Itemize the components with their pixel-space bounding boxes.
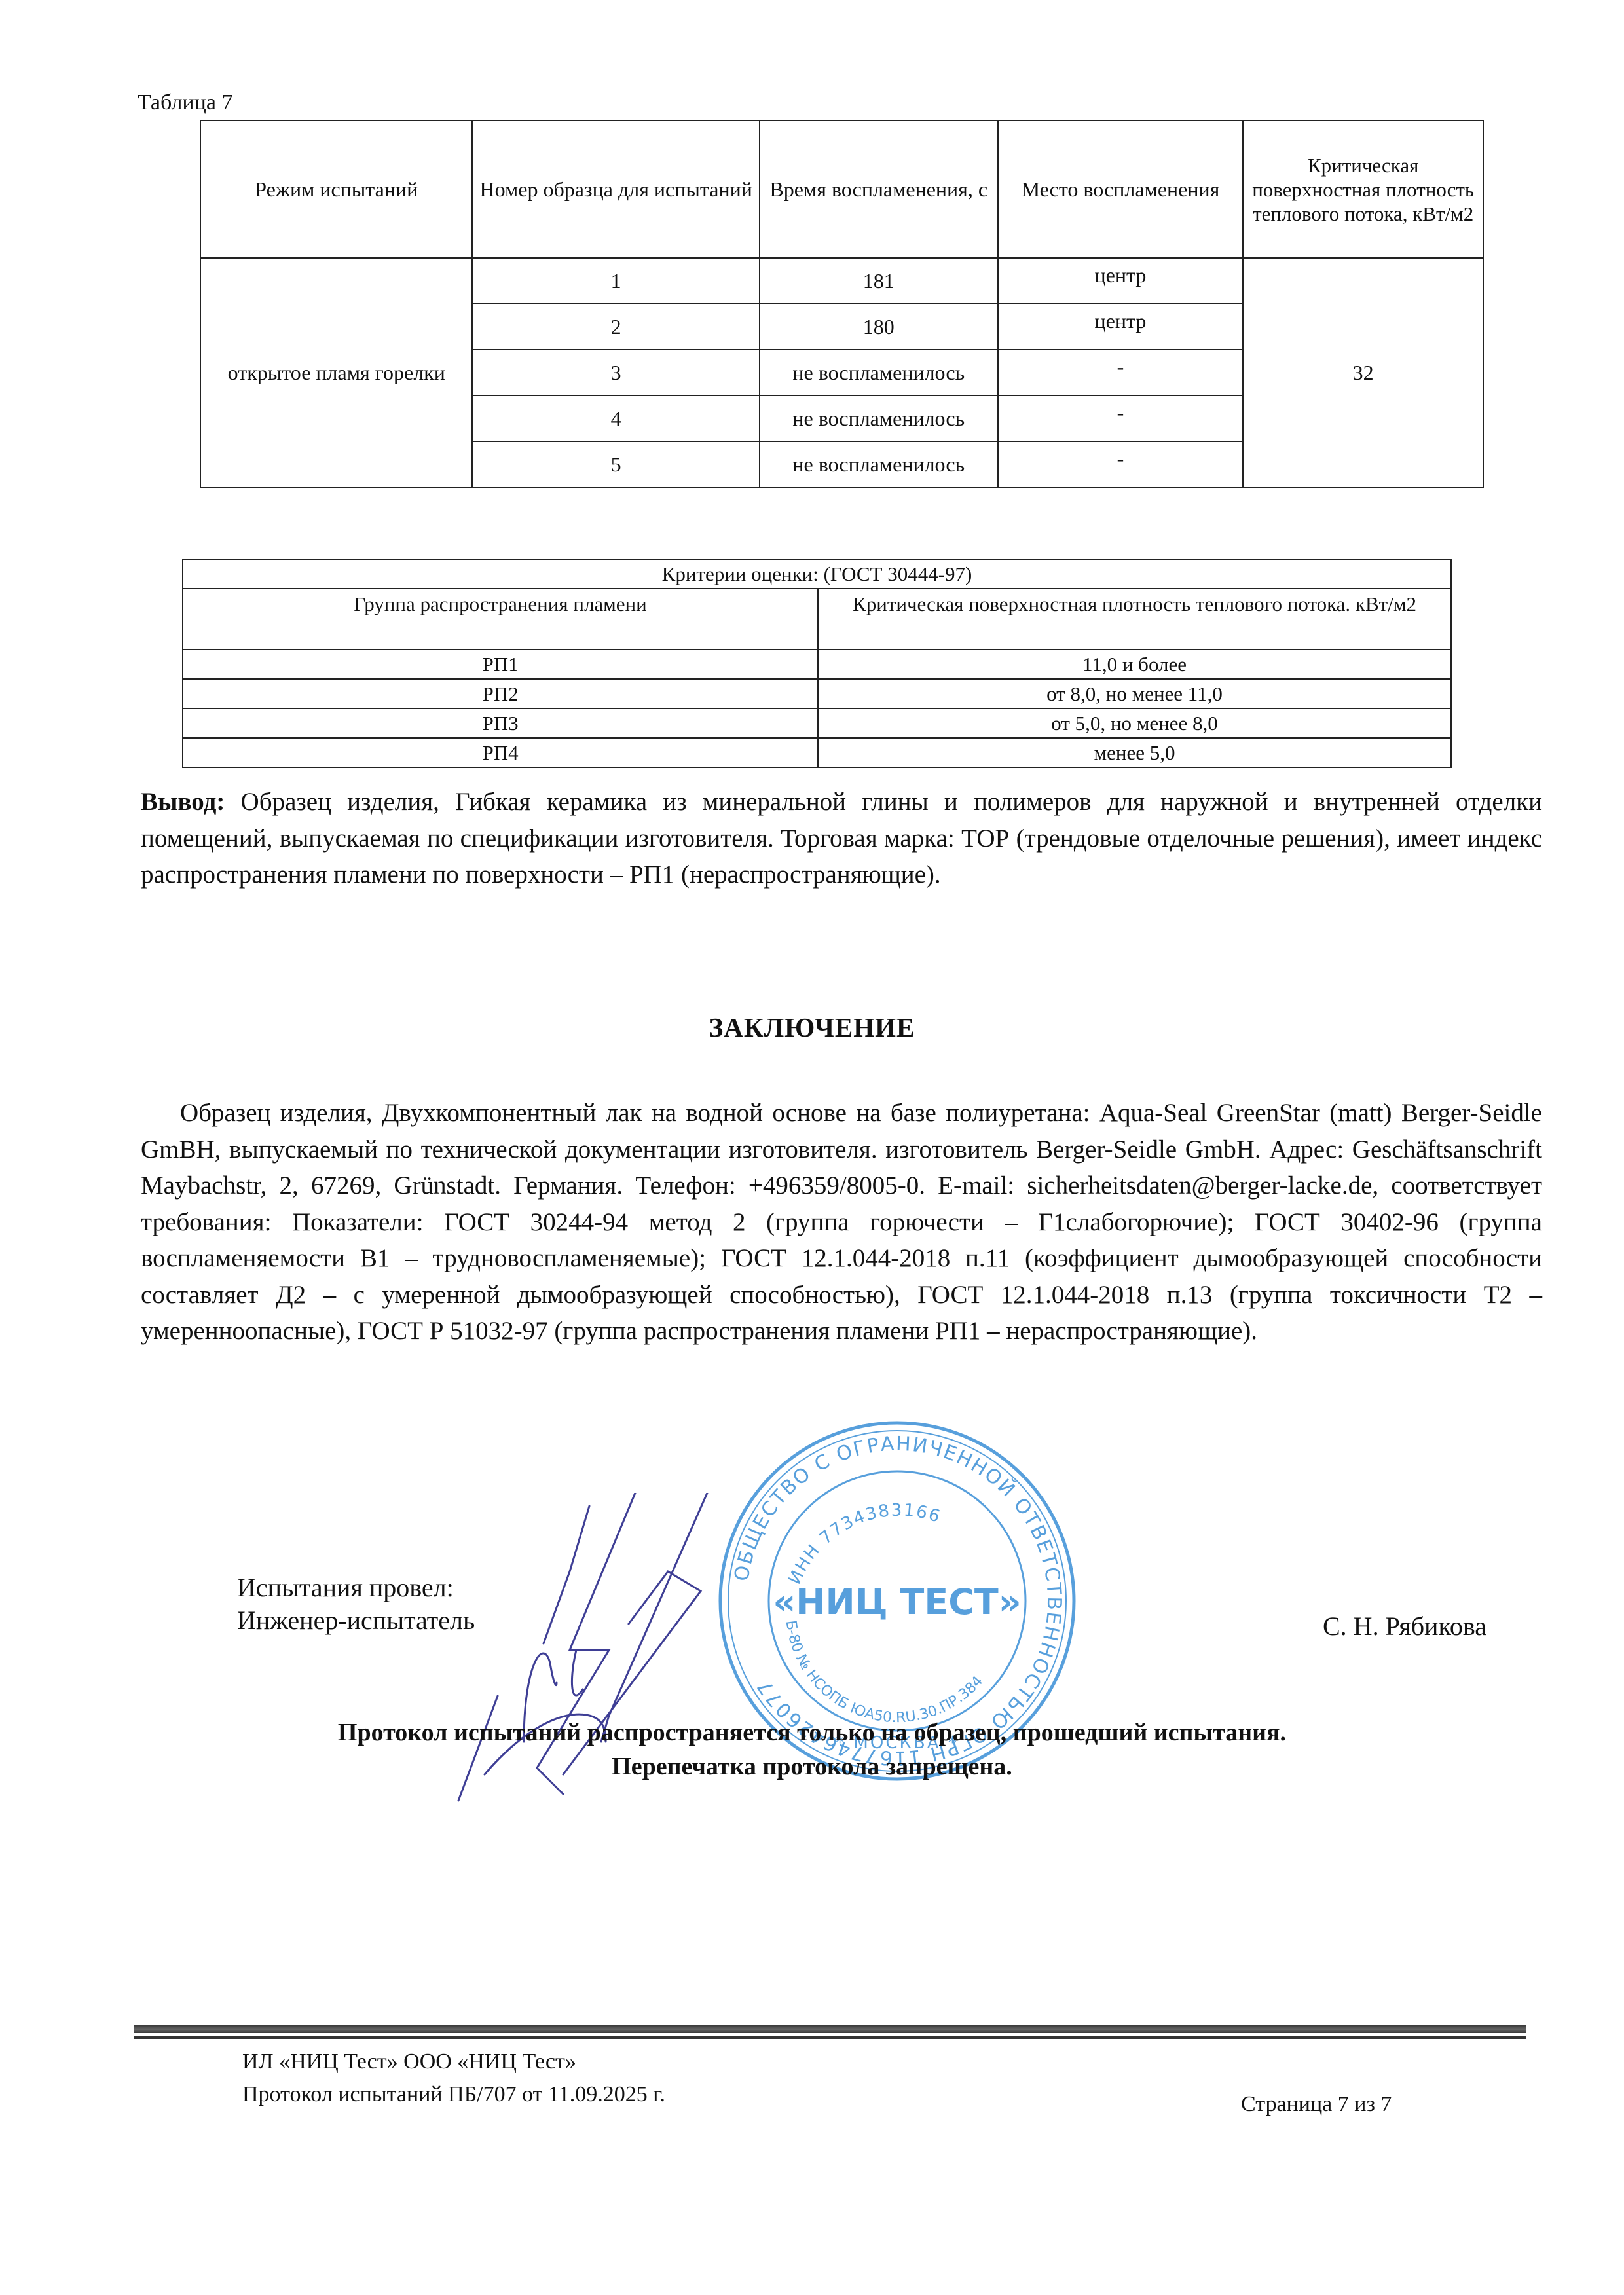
criteria-group: РП2 <box>183 679 818 708</box>
criteria-title: Критерии оценки: (ГОСТ 30444-97) <box>183 559 1451 589</box>
cell-place: центр <box>998 258 1244 304</box>
cell-sample: 1 <box>472 258 759 304</box>
table-caption: Таблица 7 <box>138 90 232 115</box>
table-row: РП3 от 5,0, но менее 8,0 <box>183 708 1451 738</box>
conclusion-heading: ЗАКЛЮЧЕНИЕ <box>0 1012 1624 1043</box>
test-results-table: Режим испытаний Номер образца для испыта… <box>200 120 1484 488</box>
header-time: Время воспламенения, с <box>760 120 998 258</box>
cell-sample: 2 <box>472 304 759 350</box>
engineer-name: С. Н. Рябикова <box>1323 1611 1486 1642</box>
conclusion-text: Образец изделия, Двухкомпонентный лак на… <box>141 1095 1542 1349</box>
cell-sample: 4 <box>472 395 759 441</box>
cell-time: не воспламенилось <box>760 350 998 395</box>
cell-time: не воспламенилось <box>760 395 998 441</box>
cell-sample: 3 <box>472 350 759 395</box>
criteria-header-group: Группа распространения пламени <box>183 589 818 650</box>
cell-place: - <box>998 395 1244 441</box>
criteria-table: Критерии оценки: (ГОСТ 30444-97) Группа … <box>182 559 1452 768</box>
cell-place: центр <box>998 304 1244 350</box>
criteria-title-row: Критерии оценки: (ГОСТ 30444-97) <box>183 559 1451 589</box>
criteria-group: РП4 <box>183 738 818 767</box>
cell-time: 180 <box>760 304 998 350</box>
conclusion-summary: Вывод: Образец изделия, Гибкая керамика … <box>141 784 1542 893</box>
notice-line-2: Перепечатка протокола запрещена. <box>0 1750 1624 1784</box>
criteria-value: 11,0 и более <box>818 650 1451 679</box>
table-row: РП2 от 8,0, но менее 11,0 <box>183 679 1451 708</box>
table-row: РП1 11,0 и более <box>183 650 1451 679</box>
cell-time: не воспламенилось <box>760 441 998 487</box>
footer-page-number: Страница 7 из 7 <box>1241 2089 1392 2120</box>
header-place: Место воспламенения <box>998 120 1244 258</box>
criteria-group: РП3 <box>183 708 818 738</box>
criteria-value: от 8,0, но менее 11,0 <box>818 679 1451 708</box>
table-header-row: Режим испытаний Номер образца для испыта… <box>200 120 1483 258</box>
cell-place: - <box>998 350 1244 395</box>
cell-mode: открытое пламя горелки <box>200 258 472 487</box>
cell-sample: 5 <box>472 441 759 487</box>
summary-text: Образец изделия, Гибкая керамика из мине… <box>141 788 1542 889</box>
footer-organization: ИЛ «НИЦ Тест» ООО «НИЦ Тест» <box>242 2046 576 2078</box>
cell-critical-flux: 32 <box>1243 258 1483 487</box>
criteria-header-flux: Критическая поверхностная плотность тепл… <box>818 589 1451 650</box>
notice-line-1: Протокол испытаний распространяется толь… <box>0 1716 1624 1750</box>
header-critical-flux: Критическая поверхностная плотность тепл… <box>1243 120 1483 258</box>
criteria-value: менее 5,0 <box>818 738 1451 767</box>
header-mode: Режим испытаний <box>200 120 472 258</box>
criteria-header-row: Группа распространения пламени Критическ… <box>183 589 1451 650</box>
footer-protocol: Протокол испытаний ПБ/707 от 11.09.2025 … <box>242 2079 665 2110</box>
cell-place: - <box>998 441 1244 487</box>
summary-label: Вывод: <box>141 788 225 816</box>
footer-divider-thick <box>134 2025 1526 2033</box>
criteria-value: от 5,0, но менее 8,0 <box>818 708 1451 738</box>
cell-time: 181 <box>760 258 998 304</box>
table-row: РП4 менее 5,0 <box>183 738 1451 767</box>
criteria-group: РП1 <box>183 650 818 679</box>
header-sample: Номер образца для испытаний <box>472 120 759 258</box>
table-row: открытое пламя горелки 1 181 центр 32 <box>200 258 1483 304</box>
footer-divider-thin <box>134 2036 1526 2039</box>
